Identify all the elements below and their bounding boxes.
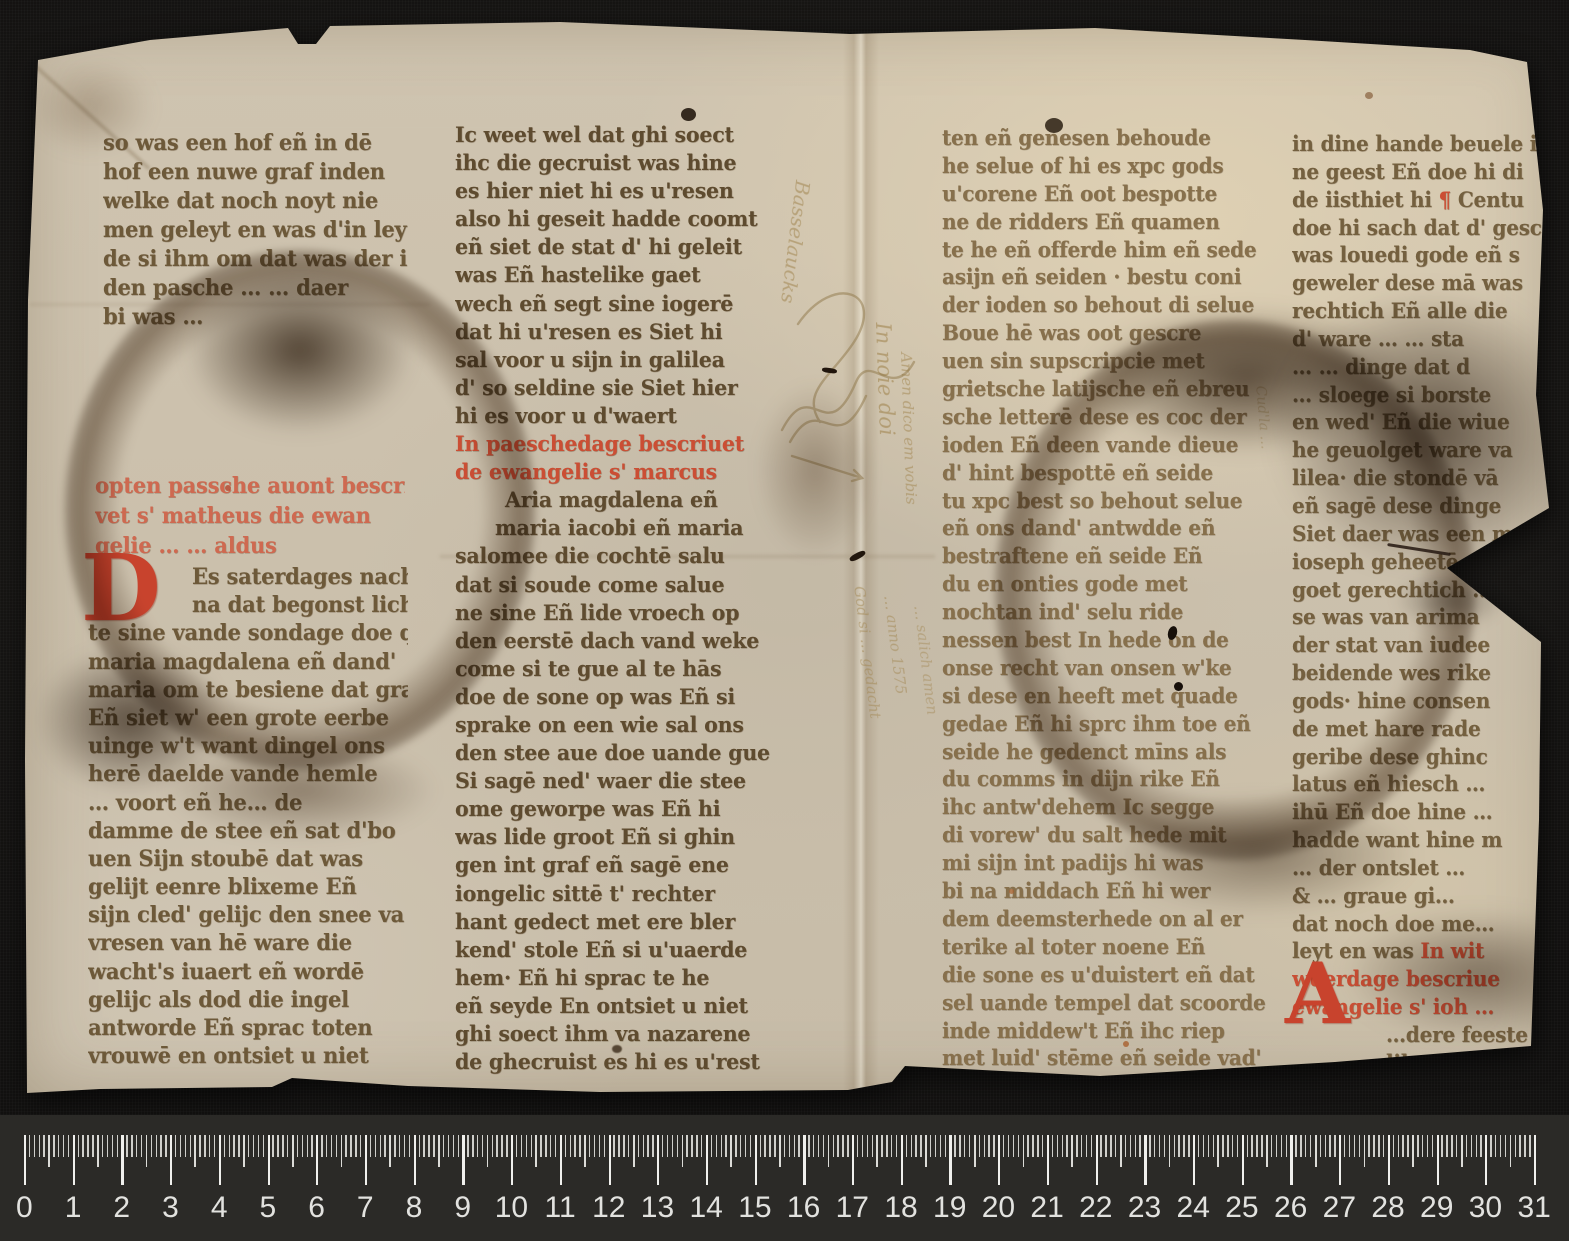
ruler-tick	[423, 1135, 424, 1157]
ruler-tick	[34, 1135, 35, 1157]
ruler-tick	[1432, 1135, 1433, 1157]
text-line: ihc die gecruist was hine	[455, 148, 790, 177]
ruler-tick	[1266, 1135, 1268, 1167]
ruler-number: 29	[1412, 1191, 1461, 1225]
ruler-tick	[609, 1135, 611, 1185]
ruler-tick	[633, 1135, 635, 1167]
ruler-tick	[1373, 1135, 1374, 1157]
text-line: … voort eñ he… de	[88, 788, 408, 818]
text-line: kend' stole Eñ si u'uaerde	[455, 935, 790, 964]
marginal-annotation: … anno 1575	[880, 594, 910, 695]
text-line: … … dinge dat d	[1292, 353, 1554, 382]
text-line: d' so seldine sie Siet hier	[455, 373, 790, 402]
ruler-tick	[419, 1135, 420, 1157]
dark-spot	[612, 1045, 622, 1053]
ruler-tick	[667, 1135, 668, 1157]
text-line: gelijt eenre blixeme Eñ	[88, 872, 408, 902]
text-line: maria magdalena eñ dand'	[88, 647, 408, 677]
ruler-tick	[526, 1135, 527, 1157]
ruler-tick	[643, 1135, 644, 1157]
ruler-tick	[1276, 1135, 1277, 1157]
text-line: ne geest Eñ doe hi di	[1292, 158, 1554, 187]
ruler-number: 2	[97, 1191, 146, 1225]
ruler-tick	[180, 1135, 181, 1157]
ruler-tick	[1359, 1135, 1360, 1157]
text-line: dat hi u'resen es Siet hi	[455, 317, 790, 346]
ruler-tick	[414, 1135, 416, 1185]
ruler-numbers: 0123456789101112131415161718192021222324…	[0, 1191, 1559, 1225]
text-line: wech eñ segt sine iogerē	[455, 289, 790, 318]
ruler-tick	[1524, 1135, 1525, 1157]
ruler-tick	[253, 1135, 254, 1157]
ruler-tick	[867, 1135, 868, 1157]
ruler-tick	[433, 1135, 434, 1157]
ruler-tick	[1052, 1135, 1053, 1157]
ruler-tick	[857, 1135, 858, 1157]
text-line: also hi geseit hadde coomt	[455, 204, 790, 233]
ruler: 0123456789101112131415161718192021222324…	[0, 1115, 1569, 1241]
ruler-tick	[964, 1135, 965, 1157]
ruler-tick	[565, 1135, 566, 1157]
text-line: Siet daer was een m	[1292, 520, 1554, 549]
ruler-tick	[833, 1135, 834, 1157]
ruler-tick	[1135, 1135, 1136, 1157]
ruler-tick	[1519, 1135, 1520, 1157]
ruler-tick	[823, 1135, 824, 1157]
parchment-leaf: so was een hof eñ in dēhof een nuwe graf…	[25, 22, 1560, 1095]
ruler-number: 14	[682, 1191, 731, 1225]
ruler-tick	[1320, 1135, 1321, 1157]
ruler-tick	[355, 1135, 356, 1157]
ruler-tick	[258, 1135, 259, 1157]
ruler-tick	[482, 1135, 483, 1157]
ruler-tick	[706, 1135, 708, 1185]
ruler-tick	[448, 1135, 449, 1157]
ruler-tick	[311, 1135, 312, 1157]
text-line: come si te gue al te hās	[455, 654, 790, 683]
text-line: den eerstē dach vand weke	[455, 626, 790, 655]
ruler-tick	[1300, 1135, 1301, 1157]
ruler-tick	[1110, 1135, 1111, 1157]
ruler-tick	[1213, 1135, 1214, 1157]
ruler-tick	[156, 1135, 157, 1157]
ruler-number: 5	[244, 1191, 293, 1225]
ruler-tick	[263, 1135, 264, 1157]
ruler-tick	[847, 1135, 848, 1157]
text-line: damme de stee eñ sat d'bo	[88, 816, 408, 846]
ruler-tick	[1295, 1135, 1296, 1157]
text-line: de met hare rade	[1292, 715, 1554, 744]
ruler-tick	[375, 1135, 376, 1157]
ruler-tick	[935, 1135, 936, 1157]
ruler-tick	[745, 1135, 746, 1157]
ruler-tick	[1037, 1135, 1038, 1157]
ruler-number: 0	[0, 1191, 49, 1225]
ruler-tick	[1149, 1135, 1150, 1157]
ruler-tick	[1339, 1135, 1341, 1185]
ruler-tick	[462, 1135, 464, 1185]
ruler-tick	[117, 1135, 118, 1157]
ruler-tick	[1062, 1135, 1063, 1157]
ruler-tick	[1091, 1135, 1092, 1157]
ruler-tick	[214, 1135, 215, 1157]
ruler-tick	[696, 1135, 697, 1157]
text-line: Aria magdalena eñ	[455, 485, 790, 514]
ruler-tick	[204, 1135, 205, 1157]
ruler-tick	[579, 1135, 580, 1157]
ruler-tick	[1066, 1135, 1067, 1157]
ruler-number: 20	[974, 1191, 1023, 1225]
ruler-tick	[160, 1135, 161, 1157]
photograph: so was een hof eñ in dēhof een nuwe graf…	[0, 0, 1569, 1241]
ruler-tick	[1451, 1135, 1452, 1157]
ruler-tick	[307, 1135, 308, 1157]
ruler-tick	[852, 1135, 854, 1185]
ruler-tick	[774, 1135, 775, 1157]
text-line: dat si soude come salue	[455, 570, 790, 599]
ruler-tick	[1354, 1135, 1355, 1157]
ruler-tick	[779, 1135, 781, 1167]
ruler-tick	[136, 1135, 137, 1157]
ruler-tick	[389, 1135, 391, 1167]
ruler-tick	[151, 1135, 152, 1157]
text-line: ioseph geheetē …	[1292, 548, 1554, 577]
text-line: dem deemsterhede on al er	[942, 905, 1274, 934]
ruler-tick	[521, 1135, 522, 1157]
ruler-tick	[209, 1135, 210, 1157]
ruler-tick	[1217, 1135, 1219, 1167]
ruler-tick	[735, 1135, 736, 1157]
ruler-tick	[1042, 1135, 1043, 1157]
ruler-tick	[1047, 1135, 1049, 1185]
ruler-tick	[194, 1135, 196, 1167]
text-line: den pasche … … daer	[103, 272, 408, 302]
ruler-tick	[1013, 1135, 1014, 1157]
ruler-number: 13	[633, 1191, 682, 1225]
ruler-tick	[1495, 1135, 1496, 1157]
ruler-tick	[78, 1135, 79, 1157]
ruler-tick	[1081, 1135, 1082, 1157]
ruler-tick	[701, 1135, 702, 1157]
ruler-tick	[1008, 1135, 1009, 1157]
text-line: ne sine Eñ lide vroech op	[455, 598, 790, 627]
ruler-tick	[540, 1135, 541, 1157]
ruler-number: 25	[1218, 1191, 1267, 1225]
text-line: maria iacobi eñ maria	[455, 513, 790, 542]
ruler-tick	[881, 1135, 882, 1157]
ruler-tick	[998, 1135, 1000, 1185]
ruler-tick	[292, 1135, 294, 1167]
ruler-tick	[297, 1135, 298, 1157]
text-line: bi was …	[103, 301, 408, 330]
ruler-tick	[652, 1135, 653, 1157]
ruler-tick	[1174, 1135, 1175, 1157]
ruler-tick	[1237, 1135, 1238, 1157]
text-line: inde middew't Eñ ihc riep	[942, 1017, 1274, 1046]
ruler-tick	[662, 1135, 663, 1157]
ruler-tick	[1222, 1135, 1223, 1157]
ruler-tick	[1417, 1135, 1418, 1157]
text-line: … der ontslet …	[1292, 854, 1554, 883]
ruler-number: 8	[390, 1191, 439, 1225]
text-line: mi sijn int padijs hi was	[942, 849, 1274, 878]
ruler-tick	[272, 1135, 273, 1157]
text-line: bi na middach Eñ hi wer	[942, 877, 1274, 906]
ruler-tick	[1256, 1135, 1257, 1157]
text-line: so was een hof eñ in dē	[103, 127, 408, 157]
ruler-tick	[862, 1135, 863, 1157]
ruler-number: 26	[1266, 1191, 1315, 1225]
text-line: es hier niet hi es u'resen	[455, 176, 790, 205]
ruler-tick	[974, 1135, 976, 1167]
text-line: nessen best In hede on de	[942, 626, 1274, 655]
ruler-tick	[1407, 1135, 1408, 1157]
text-line: uen sin supscripcie met	[942, 347, 1274, 376]
ruler-tick	[945, 1135, 946, 1157]
ruler-number: 16	[779, 1191, 828, 1225]
ruler-number: 10	[487, 1191, 536, 1225]
ruler-tick	[1422, 1135, 1423, 1157]
text-line: was Eñ hastelike gaet	[455, 260, 790, 289]
ink-blot	[681, 108, 696, 121]
text-column-1-top: so was een hof eñ in dēhof een nuwe graf…	[103, 127, 408, 330]
ruler-tick	[1534, 1135, 1536, 1185]
ruler-tick	[185, 1135, 186, 1157]
ink-mark	[1174, 682, 1183, 691]
text-line: vresen van hē ware die	[88, 928, 408, 958]
ruler-tick	[1057, 1135, 1058, 1157]
ruler-tick	[954, 1135, 955, 1157]
text-line: de iisthiet hi ¶ Centu	[1292, 186, 1554, 215]
text-line: terike al toter noene Eñ	[942, 933, 1274, 962]
text-line: hem· Eñ hi sprac te he	[455, 963, 790, 992]
text-line: sijn cled' gelijc den snee va	[88, 900, 408, 930]
ruler-tick	[1388, 1135, 1390, 1185]
ruler-tick	[224, 1135, 225, 1157]
ruler-tick	[336, 1135, 337, 1157]
ruler-tick	[1515, 1135, 1516, 1157]
text-line: u'corene Eñ oot bespotte	[942, 180, 1274, 209]
ruler-tick	[1510, 1135, 1512, 1167]
ruler-tick	[87, 1135, 88, 1157]
ruler-tick	[360, 1135, 361, 1157]
ruler-tick	[146, 1135, 148, 1167]
ruler-tick	[487, 1135, 489, 1167]
ruler-tick	[326, 1135, 327, 1157]
ruler-tick	[711, 1135, 712, 1157]
ruler-tick	[740, 1135, 741, 1157]
text-line: In paeschedage bescriuet	[455, 429, 790, 458]
ruler-tick	[1441, 1135, 1442, 1157]
text-line: was louedi gode eñ s	[1292, 241, 1554, 270]
ruler-tick	[1290, 1135, 1292, 1185]
text-line: iongelic sittē t' rechter	[455, 879, 790, 908]
ruler-tick	[803, 1135, 805, 1185]
ruler-tick	[302, 1135, 303, 1157]
ruler-tick	[813, 1135, 814, 1157]
text-line: ioden Eñ deen vande dieue	[942, 431, 1274, 460]
ruler-tick	[233, 1135, 234, 1157]
rubric-line: vet s' matheus die ewan	[95, 500, 405, 532]
rust-speck	[1123, 1041, 1129, 1047]
text-line: doe de sone op was Eñ si	[455, 682, 790, 711]
ruler-tick	[48, 1135, 50, 1167]
ruler-tick	[341, 1135, 343, 1167]
ruler-tick	[443, 1135, 444, 1157]
text-line: was lide groot Eñ si ghin	[455, 822, 790, 851]
rubric-line: opten passche auont bescri	[95, 470, 405, 502]
text-line: dat noch doe me…	[1292, 910, 1554, 939]
text-line: Boue hē was oot gescre	[942, 319, 1274, 348]
ruler-tick	[384, 1135, 385, 1157]
ruler-tick	[984, 1135, 985, 1157]
ruler-tick	[63, 1135, 64, 1157]
ruler-tick	[1178, 1135, 1179, 1157]
text-line: de ewangelie s' marcus	[455, 457, 790, 486]
ruler-tick	[131, 1135, 132, 1157]
ruler-tick	[1115, 1135, 1116, 1157]
ruler-number: 31	[1510, 1191, 1559, 1225]
ruler-tick	[1198, 1135, 1199, 1157]
ruler-tick	[1383, 1135, 1384, 1157]
ruler-tick	[39, 1135, 40, 1157]
ruler-tick	[1378, 1135, 1379, 1157]
rust-speck	[1365, 92, 1373, 99]
ruler-tick	[808, 1135, 809, 1157]
ruler-tick	[141, 1135, 142, 1157]
ruler-tick	[876, 1135, 878, 1167]
ruler-tick	[438, 1135, 440, 1167]
ruler-tick	[560, 1135, 562, 1185]
ruler-tick	[930, 1135, 931, 1157]
ruler-tick	[1334, 1135, 1335, 1157]
ruler-tick	[199, 1135, 200, 1157]
text-line: de si ihm om dat was der io	[103, 243, 408, 273]
ruler-tick	[428, 1135, 429, 1157]
text-line: beidende wes rike	[1292, 659, 1554, 688]
text-line: gelijc als dod die ingel	[88, 985, 408, 1015]
ruler-tick	[1247, 1135, 1248, 1157]
ruler-tick	[949, 1135, 951, 1185]
text-line: te he eñ offerde him eñ sede	[942, 236, 1274, 265]
decorated-initial-A: A	[1285, 952, 1350, 1036]
text-line: wacht's iuaert eñ wordē	[88, 957, 408, 987]
ruler-tick	[1461, 1135, 1463, 1167]
ruler-tick	[1227, 1135, 1228, 1157]
ruler-number: 23	[1120, 1191, 1169, 1225]
ruler-tick	[1485, 1135, 1487, 1185]
text-line: d' hint bespottē eñ seide	[942, 459, 1274, 488]
ruler-tick	[750, 1135, 751, 1157]
ruler-tick	[175, 1135, 176, 1157]
ruler-tick	[842, 1135, 843, 1157]
text-line: ihū Eñ doe hine …	[1292, 798, 1554, 827]
ruler-tick	[1105, 1135, 1106, 1157]
ruler-tick	[1251, 1135, 1252, 1157]
ruler-tick	[1349, 1135, 1350, 1157]
text-line: ihc antw'dehem Ic segge	[942, 793, 1274, 822]
ruler-tick	[370, 1135, 371, 1157]
ruler-tick	[1471, 1135, 1472, 1157]
ruler-tick	[891, 1135, 892, 1157]
text-line: he selue of hi es xpc gods	[942, 152, 1274, 181]
text-line: seide he gedenct mīns als	[942, 738, 1274, 767]
ruler-tick	[828, 1135, 830, 1167]
ruler-tick	[594, 1135, 595, 1157]
ruler-tick	[472, 1135, 473, 1157]
ruler-tick	[725, 1135, 726, 1157]
ruler-tick	[1281, 1135, 1282, 1157]
ruler-tick	[107, 1135, 108, 1157]
text-line: Eñ siet w' een grote eerbe	[88, 703, 408, 733]
ruler-number: 27	[1315, 1191, 1364, 1225]
ruler-number: 24	[1169, 1191, 1218, 1225]
ruler-tick	[1412, 1135, 1414, 1167]
text-line: maria om te besiene dat graf	[88, 675, 408, 705]
text-line: goet gerechtich …	[1292, 576, 1554, 605]
ruler-tick	[531, 1135, 532, 1157]
ruler-number: 17	[828, 1191, 877, 1225]
ruler-tick	[1261, 1135, 1262, 1157]
text-line: doe hi sach dat d' gesc	[1292, 214, 1554, 243]
ruler-tick	[1203, 1135, 1204, 1157]
text-line: si dese en heeft met quade	[942, 682, 1274, 711]
ruler-tick	[1076, 1135, 1077, 1157]
ruler-tick	[43, 1135, 44, 1157]
ruler-tick	[911, 1135, 912, 1157]
ruler-tick	[691, 1135, 692, 1157]
text-line: sal voor u sijn in galilea	[455, 345, 790, 374]
ruler-tick	[574, 1135, 575, 1157]
ruler-tick	[282, 1135, 283, 1157]
ruler-tick	[784, 1135, 785, 1157]
text-line: … sloege si borste	[1292, 381, 1554, 410]
ruler-tick	[872, 1135, 873, 1157]
ruler-tick	[818, 1135, 819, 1157]
text-line: & … graue gi…	[1292, 882, 1554, 911]
ruler-tick	[365, 1135, 367, 1185]
ruler-tick	[82, 1135, 83, 1157]
ruler-tick	[1232, 1135, 1233, 1157]
ruler-tick	[584, 1135, 586, 1167]
ruler-tick	[248, 1135, 249, 1157]
text-line: sche letterē dese es coc der	[942, 403, 1274, 432]
text-line: die sone es u'duistert eñ dat	[942, 961, 1274, 990]
ruler-tick	[915, 1135, 916, 1157]
ruler-tick	[1027, 1135, 1028, 1157]
text-line: grietsche latijsche eñ ebreu	[942, 375, 1274, 404]
text-line: du en onties gode met	[942, 570, 1274, 599]
ruler-tick	[657, 1135, 659, 1185]
ruler-tick	[1100, 1135, 1101, 1157]
ruler-tick	[1071, 1135, 1073, 1167]
text-line: se was van arima	[1292, 603, 1554, 632]
text-line: di vorew' du salt hede mit	[942, 821, 1274, 850]
ruler-tick	[1144, 1135, 1146, 1185]
ruler-tick	[1193, 1135, 1195, 1185]
text-line: geribe dese ghinc	[1292, 743, 1554, 772]
ruler-tick	[837, 1135, 838, 1157]
ruler-tick	[623, 1135, 624, 1157]
ruler-tick	[1402, 1135, 1403, 1157]
ruler-tick	[672, 1135, 673, 1157]
ruler-tick	[190, 1135, 191, 1157]
text-line: en wed' Eñ die wiue	[1292, 408, 1554, 437]
ruler-tick	[409, 1135, 410, 1157]
ruler-tick	[1018, 1135, 1019, 1157]
ruler-tick	[604, 1135, 605, 1157]
ruler-tick	[287, 1135, 288, 1157]
